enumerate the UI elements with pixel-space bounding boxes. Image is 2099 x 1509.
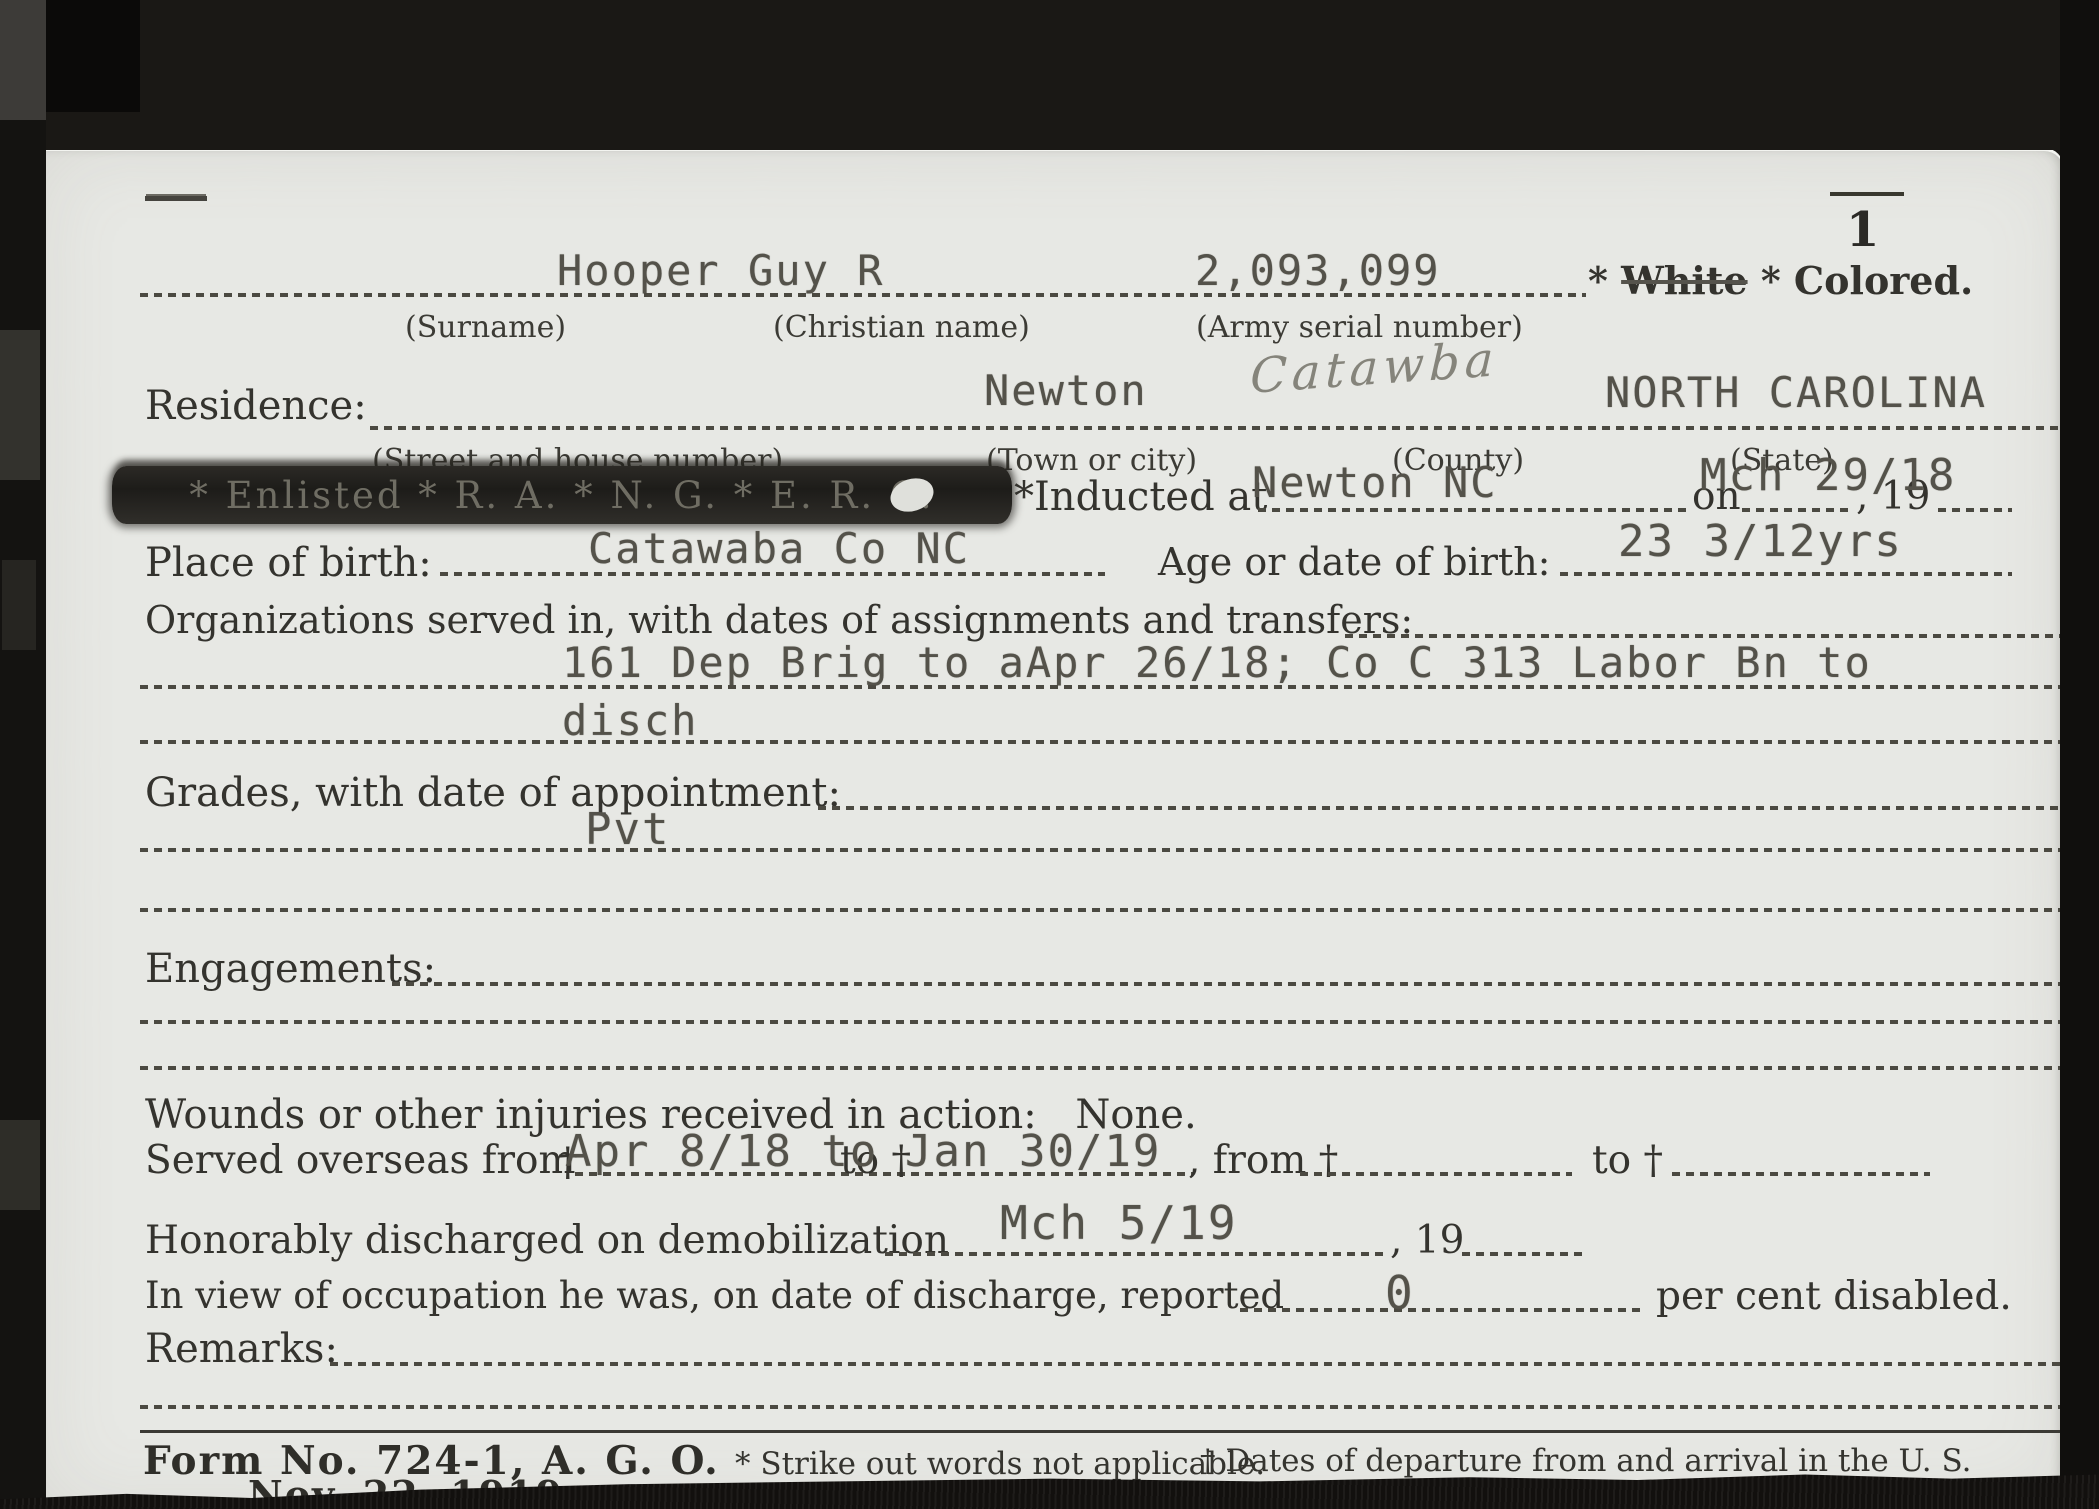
reference-dash-mark [145,196,207,201]
dotted-line [330,1362,2062,1366]
disability-label: In view of occupation he was, on date of… [145,1274,1284,1317]
organizations-label: Organizations served in, with dates of a… [145,598,1413,642]
dotted-line [1258,508,1688,512]
dotted-line [140,1405,2062,1409]
scan-left-patch [0,330,40,480]
age-value: 23 3/12yrs [1618,516,1903,567]
dotted-line [370,426,2062,430]
disability-suffix: per cent disabled. [1656,1274,2012,1319]
organizations-line1: 161 Dep Brig to aApr 26/18; Co C 313 Lab… [562,638,1872,687]
place-of-birth-label: Place of birth: [145,540,432,586]
scan-left-patch [0,0,46,120]
induction-date-value: Mch 29/18 [1700,450,1956,501]
dotted-line [1462,1252,1582,1256]
residence-label: Residence: [145,383,367,429]
footer-rule [140,1430,2062,1433]
dotted-line [1672,1172,1930,1176]
serial-number-value: 2,093,099 [1195,246,1441,295]
race-white-struck: White [1621,258,1747,303]
scan-left-patch [0,1120,40,1210]
dotted-line [140,1020,2062,1024]
dotted-line [140,908,2062,912]
name-value: Hooper Guy R [557,246,884,295]
dotted-line [885,1252,1383,1256]
discharge-date-value: Mch 5/19 [1000,1196,1238,1250]
dotted-line [440,572,1105,576]
inducted-at-label: *Inducted at [1014,474,1267,520]
page-number: 1 [1846,202,1879,258]
page-number-overline [1830,192,1904,196]
dotted-line [1240,1308,1640,1312]
remarks-label: Remarks: [145,1326,338,1372]
race-asterisk: * [1588,258,1608,303]
disability-value: 0 [1385,1266,1415,1320]
surname-label: (Surname) [405,310,566,345]
dotted-line [818,806,2062,810]
served-overseas-label: Served overseas from [145,1138,575,1183]
enlisted-struck-text: * Enlisted * R. A. * N. G. * E. R. C. [189,474,934,517]
town-label: (Town or city) [986,443,1197,478]
race-colored: * Colored. [1761,258,1973,303]
scan-left-patch [2,560,36,650]
overseas-from-label-2: , from † [1188,1138,1338,1183]
overseas-from-date-1: Apr 8/18 to [565,1126,878,1177]
race-selection: * White * Colored. [1588,258,1973,303]
dotted-line [140,1066,2062,1070]
dotted-line [140,848,2062,852]
grades-label: Grades, with date of appointment: [145,770,841,816]
organizations-line2: disch [562,696,698,745]
dotted-line [1300,1172,1572,1176]
discharge-label: Honorably discharged on demobilization [145,1218,949,1263]
scan-top-edge [0,0,2099,150]
scan-left-edge [0,0,46,1509]
service-record-card-scan: 1 Hooper Guy R 2,093,099 * White * Color… [0,0,2099,1509]
dotted-line [1938,508,2012,512]
overseas-to-label-2: to † [1592,1138,1663,1183]
inducted-place-value: Newton NC [1252,458,1498,507]
dotted-line [140,685,2062,689]
christian-name-label: (Christian name) [773,310,1030,345]
dotted-line [140,293,1586,297]
dotted-line [140,740,2062,744]
strike-out-note: * Strike out words not applicable. [735,1446,1265,1482]
discharge-year-label: , 19 [1390,1218,1464,1263]
scan-right-edge [2060,0,2099,1509]
dotted-line [1560,572,2012,576]
overseas-to-date-1: Jan 30/19 [905,1126,1161,1177]
age-label: Age or date of birth: [1158,540,1551,584]
residence-state-value: NORTH CAROLINA [1605,368,1987,417]
dagger-note: † Dates of departure from and arrival in… [1200,1443,1972,1479]
residence-town-value: Newton [984,366,1148,415]
dotted-line [1742,508,1852,512]
enlisted-strikeout-bar: * Enlisted * R. A. * N. G. * E. R. C. [112,466,1012,524]
dotted-line [392,982,2062,986]
place-of-birth-value: Catawaba Co NC [588,524,970,573]
